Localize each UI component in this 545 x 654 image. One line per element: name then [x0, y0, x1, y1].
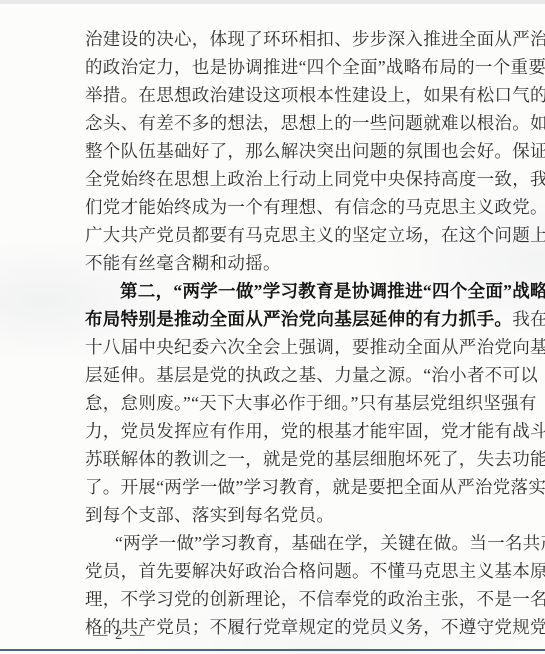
page-number: — 2 —: [93, 627, 147, 644]
text-line: 念头、有差不多的想法，思想上的一些问题就难以根治。如果: [85, 109, 513, 137]
scan-edge-top: [0, 0, 545, 4]
text-line: 举措。在思想政治建设这项根本性建设上，如果有松口气的: [85, 81, 513, 109]
text-line: 整个队伍基础好了，那么解决突出问题的氛围也会好。保证: [85, 137, 513, 165]
body-text: 治建设的决心，体现了环环相扣、步步深入推进全面从严治党 的政治定力，也是协调推进…: [85, 25, 513, 641]
text-line: 全党始终在思想上政治上行动上同党中央保持高度一致，我: [85, 165, 513, 193]
text-line: 布局特别是推动全面从严治党向基层延伸的有力抓手。我在: [85, 305, 513, 333]
text-line: 到每个支部、落实到每名党员。: [85, 501, 513, 529]
text-line: 不能有丝毫含糊和动摇。: [85, 249, 513, 277]
text-line: 力，党员发挥应有作用，党的根基才能牢固，党才能有战斗力。: [85, 417, 513, 445]
text-line: 格的共产党员；不履行党章规定的党员义务，不遵守党规党: [85, 613, 513, 641]
text-line: 怠，怠则废。”“天下大事必作于细。”只有基层党组织坚强有: [85, 389, 513, 417]
text-line: 治建设的决心，体现了环环相扣、步步深入推进全面从严治党: [85, 25, 513, 53]
text-line: 党员，首先要解决好政治合格问题。不懂马克思主义基本原: [85, 557, 513, 585]
text-line: 理，不学习党的创新理论，不信奉党的政治主张，不是一名合: [85, 585, 513, 613]
text-line: 苏联解体的教训之一，就是党的基层细胞坏死了，失去功能: [85, 445, 513, 473]
text-line: 们党才能始终成为一个有理想、有信念的马克思主义政党。: [85, 193, 513, 221]
bold-segment: 布局特别是推动全面从严治党向基层延伸的有力抓手。: [85, 309, 512, 329]
text-line: 层延伸。基层是党的执政之基、力量之源。“治小者不可以: [85, 361, 513, 389]
text-line: 的政治定力，也是协调推进“四个全面”战略布局的一个重要: [85, 53, 513, 81]
normal-segment: 我在: [512, 309, 545, 329]
paragraph-lead-line: “两学一做”学习教育，基础在学，关键在做。当一名共产: [85, 529, 513, 557]
scanned-document-page: 治建设的决心，体现了环环相扣、步步深入推进全面从严治党 的政治定力，也是协调推进…: [0, 0, 545, 654]
text-line: 广大共产党员都要有马克思主义的坚定立场，在这个问题上: [85, 221, 513, 249]
paragraph-lead-line: 第二，“两学一做”学习教育是协调推进“四个全面”战略: [85, 277, 513, 305]
text-line: 十八届中央纪委六次全会上强调，要推动全面从严治党向基: [85, 333, 513, 361]
text-line: 了。开展“两学一做”学习教育，就是要把全面从严治党落实: [85, 473, 513, 501]
scan-edge-bottom-rule: [0, 649, 545, 651]
